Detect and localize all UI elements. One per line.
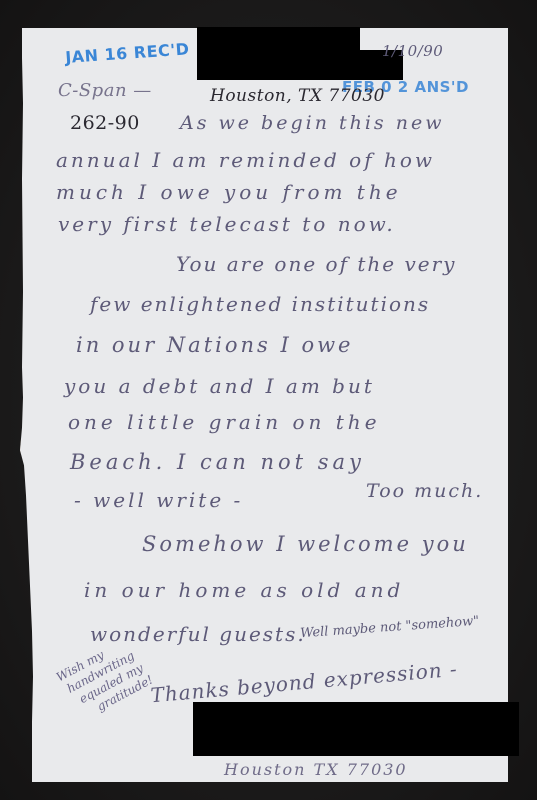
body-line-4: very first telecast to now.: [58, 212, 396, 236]
recipient-line: C-Span —: [58, 80, 152, 101]
reference-number: 262-90: [70, 112, 140, 134]
footer-address: Houston TX 77030: [224, 760, 408, 779]
redaction-signature: [193, 702, 519, 756]
body-line-3: much I owe you from the: [56, 180, 402, 204]
body-line-6: few enlightened institutions: [90, 292, 430, 316]
body-line-12: Too much.: [366, 480, 483, 502]
body-line-11: - well write -: [74, 488, 243, 512]
body-line-14: in our home as old and: [84, 578, 404, 602]
body-line-8: you a debt and I am but: [64, 374, 375, 398]
body-line-9: one little grain on the: [68, 410, 381, 434]
body-line-7: in our Nations I owe: [76, 333, 354, 357]
redaction-header: [197, 27, 360, 52]
redaction-header-lower: [197, 50, 403, 80]
letter-date: 1/10/90: [382, 42, 443, 60]
body-line-1: As we begin this new: [180, 112, 444, 134]
body-line-2: annual I am reminded of how: [56, 148, 435, 172]
sender-city-line: Houston, TX 77030: [210, 86, 385, 106]
body-line-5: You are one of the very: [176, 252, 456, 276]
body-line-13: Somehow I welcome you: [142, 532, 469, 556]
body-line-10: Beach. I can not say: [70, 450, 365, 474]
